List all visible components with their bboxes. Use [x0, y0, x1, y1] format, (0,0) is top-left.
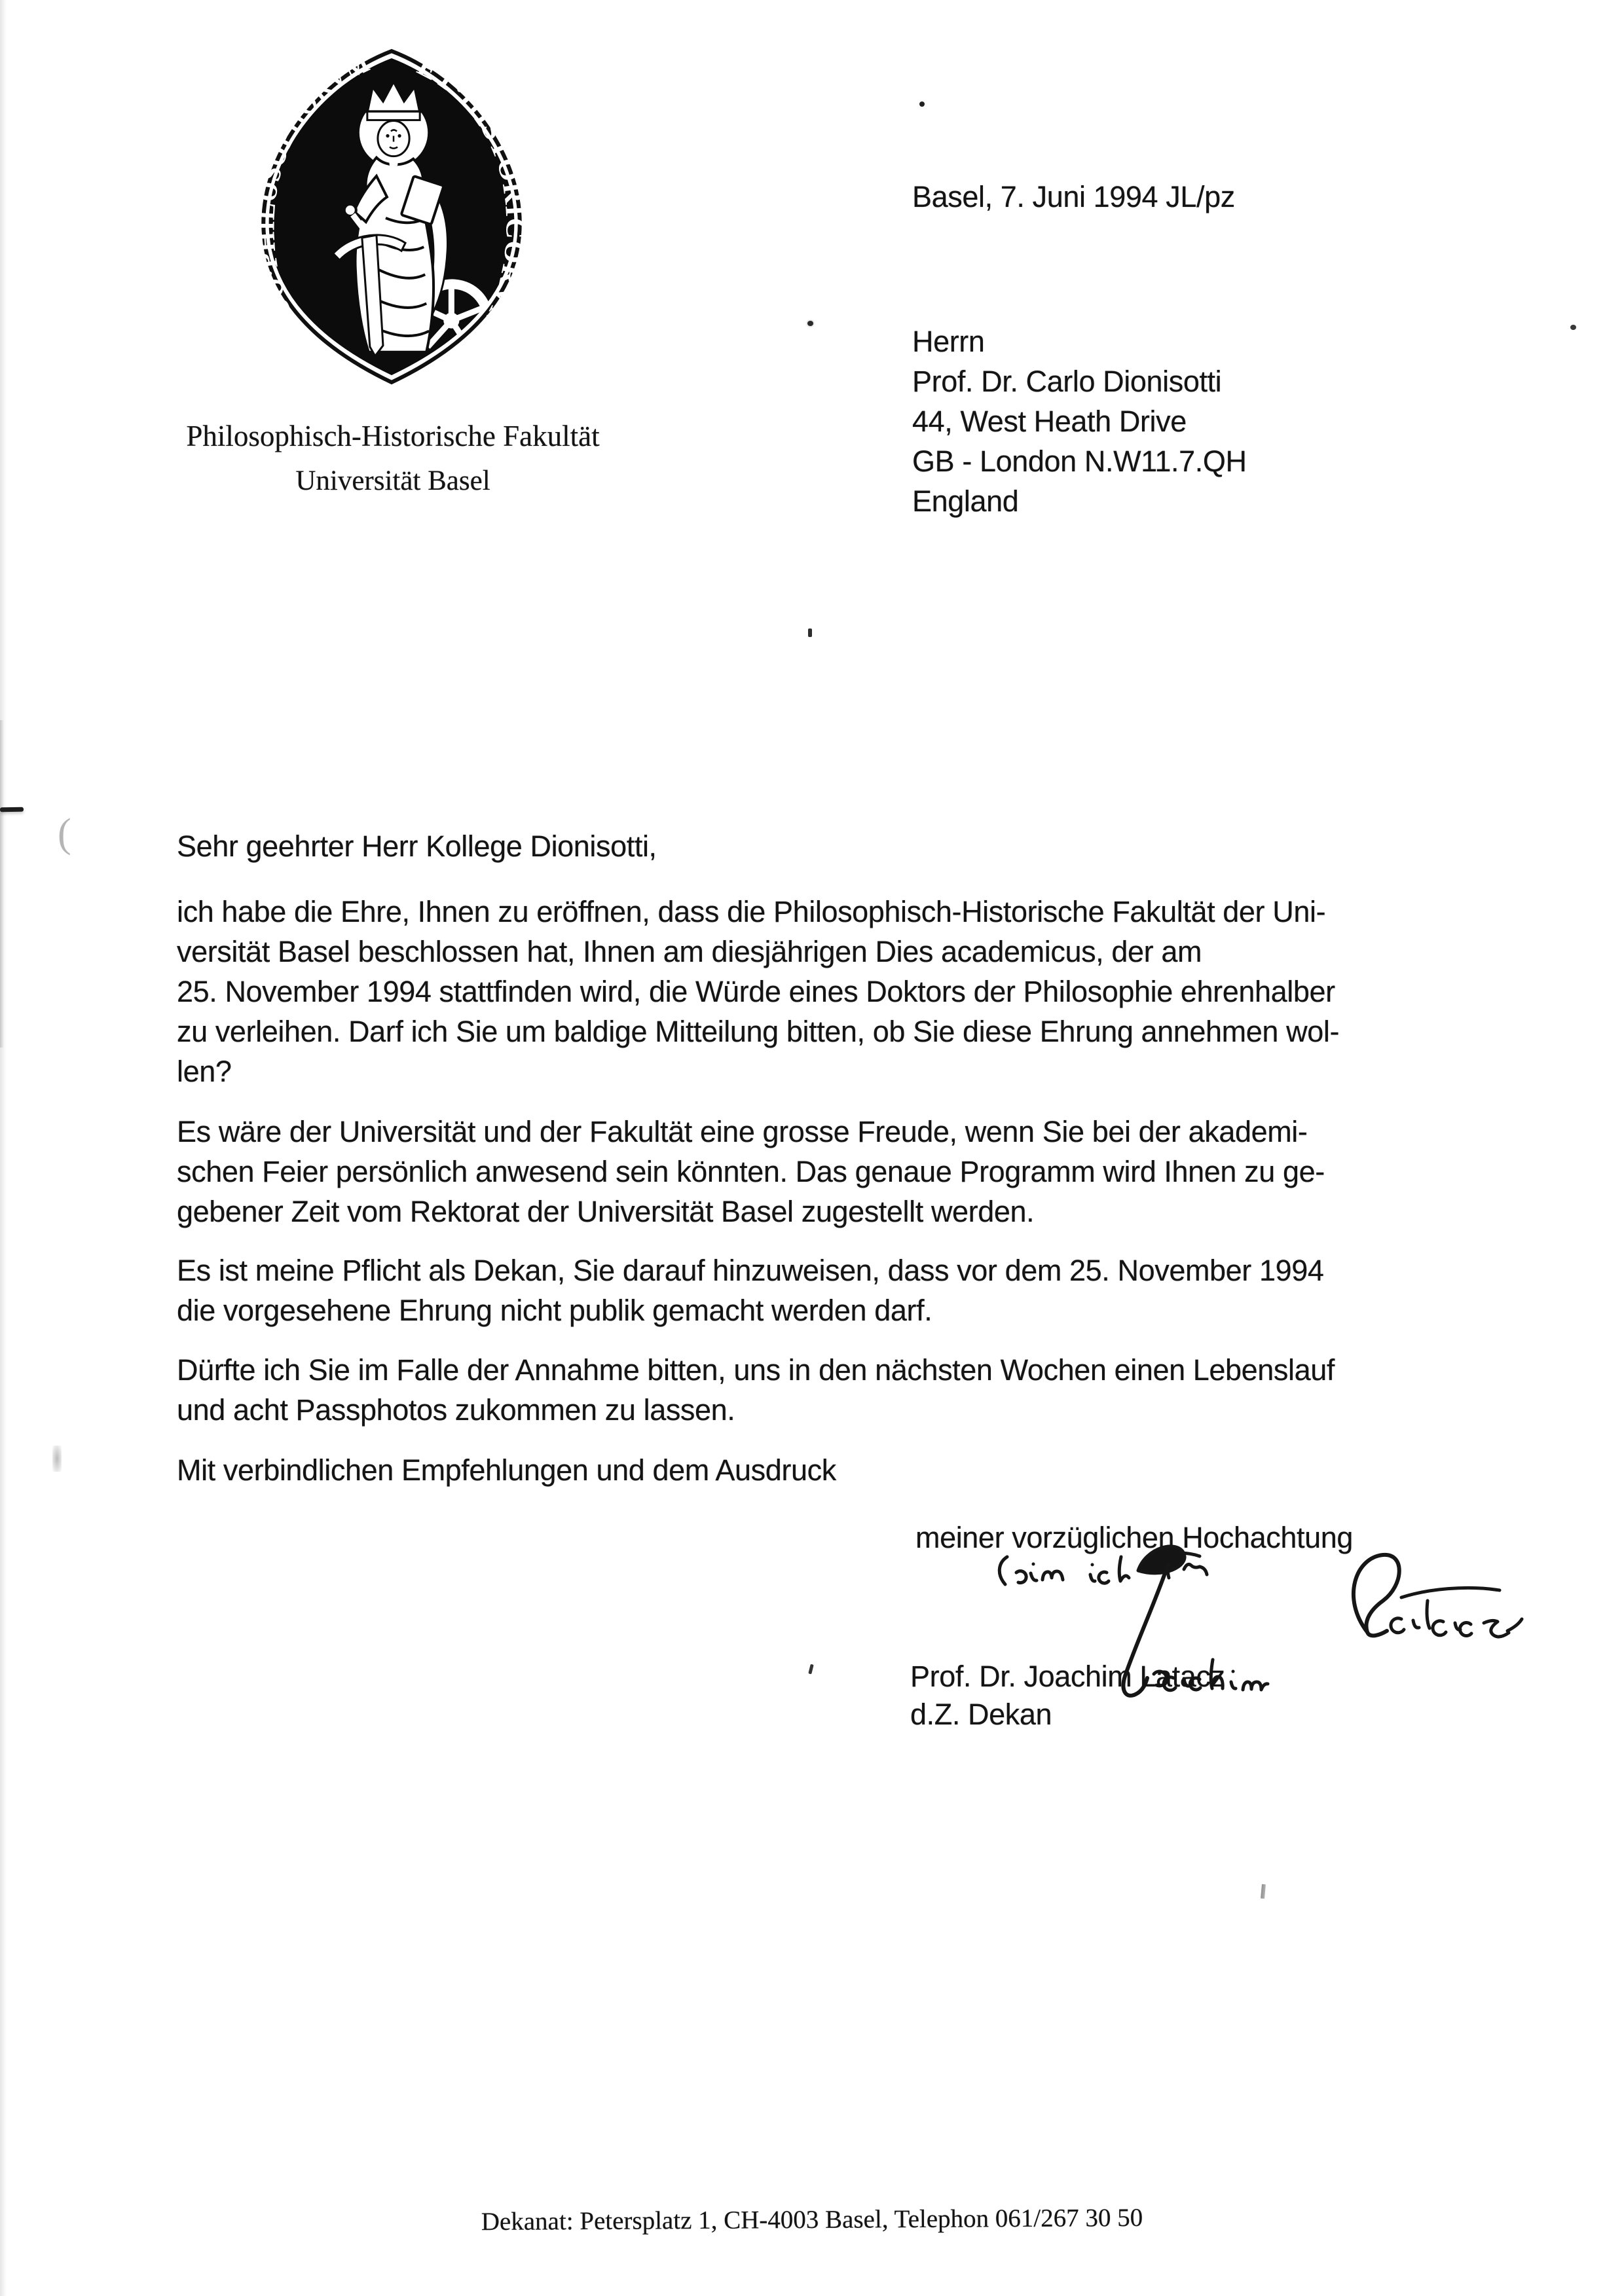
- address-line: England: [912, 481, 1247, 521]
- scan-speck: [808, 629, 812, 637]
- address-line: 44, West Heath Drive: [912, 401, 1247, 441]
- faculty-seal-graphic: ORDO·PHILOSOPHORVM ET·HISTORICORVM·: [257, 46, 526, 388]
- signer-name: Prof. Dr. Joachim Latacz: [910, 1658, 1225, 1696]
- footer-contact-line: Dekanat: Petersplatz 1, CH-4003 Basel, T…: [0, 2200, 1624, 2239]
- scan-speck: [808, 1664, 813, 1675]
- scan-speck: [919, 101, 925, 107]
- body-paragraph-3: Es ist meine Pflicht als Dekan, Sie dara…: [177, 1250, 1324, 1330]
- scan-tick-artifact: [1261, 1884, 1266, 1899]
- scan-paren-artifact: (: [58, 811, 71, 857]
- body-line: schen Feier persönlich anwesend sein kön…: [177, 1152, 1325, 1192]
- body-line: zu verleihen. Darf ich Sie um baldige Mi…: [177, 1011, 1339, 1051]
- address-line: Herrn: [912, 321, 1247, 361]
- university-name: Universität Basel: [95, 465, 691, 498]
- body-line: gebener Zeit vom Rektorat der Universitä…: [177, 1192, 1325, 1231]
- scan-dash-artifact: [0, 807, 24, 812]
- body-line: Es ist meine Pflicht als Dekan, Sie dara…: [177, 1250, 1324, 1290]
- scan-edge-shadow: [0, 0, 7, 2296]
- body-paragraph-1: ich habe die Ehre, Ihnen zu eröffnen, da…: [177, 892, 1339, 1091]
- body-line: 25. November 1994 stattfinden wird, die …: [177, 972, 1339, 1011]
- body-line: versität Basel beschlossen hat, Ihnen am…: [177, 932, 1339, 972]
- body-line: len?: [177, 1051, 1339, 1091]
- salutation: Sehr geehrter Herr Kollege Dionisotti,: [177, 826, 657, 866]
- body-line: die vorgesehene Ehrung nicht publik gema…: [177, 1290, 1324, 1330]
- signature-block: Prof. Dr. Joachim Latacz d.Z. Dekan: [910, 1658, 1225, 1734]
- address-line: GB - London N.W11.7.QH: [912, 441, 1247, 481]
- scan-speck: [1570, 325, 1576, 330]
- scanned-letter-page: ORDO·PHILOSOPHORVM ET·HISTORICORVM· Phil…: [0, 0, 1624, 2296]
- body-line: ich habe die Ehre, Ihnen zu eröffnen, da…: [177, 892, 1339, 932]
- scan-speck: [807, 321, 813, 326]
- body-paragraph-2: Es wäre der Universität und der Fakultät…: [177, 1112, 1325, 1231]
- recipient-address: Herrn Prof. Dr. Carlo Dionisotti 44, Wes…: [912, 321, 1247, 521]
- body-paragraph-4: Dürfte ich Sie im Falle der Annahme bitt…: [177, 1350, 1335, 1430]
- scan-smudge: [52, 1446, 62, 1472]
- scan-edge-shadow-dark: [0, 720, 4, 1048]
- dateline: Basel, 7. Juni 1994 JL/pz: [912, 177, 1235, 217]
- address-line: Prof. Dr. Carlo Dionisotti: [912, 361, 1247, 401]
- body-line: und acht Passphotos zukommen zu lassen.: [177, 1390, 1335, 1430]
- faculty-name: Philosophisch-Historische Fakultät: [95, 419, 691, 453]
- closing-formula-left: Mit verbindlichen Empfehlungen und dem A…: [177, 1450, 836, 1490]
- body-line: Dürfte ich Sie im Falle der Annahme bitt…: [177, 1350, 1335, 1390]
- body-line: Es wäre der Universität und der Fakultät…: [177, 1112, 1325, 1152]
- signer-title: d.Z. Dekan: [910, 1696, 1225, 1734]
- faculty-seal: ORDO·PHILOSOPHORVM ET·HISTORICORVM·: [257, 46, 526, 388]
